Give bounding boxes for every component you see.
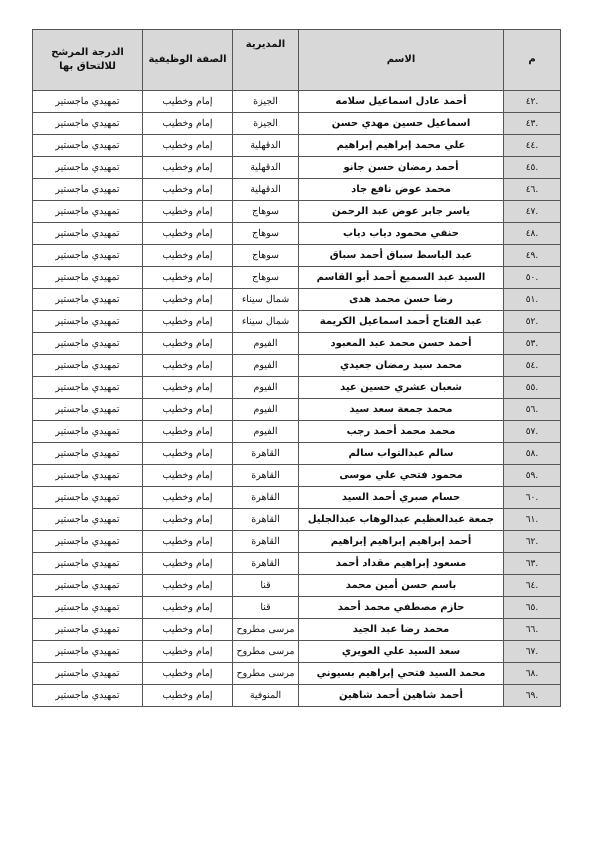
degree: تمهيدي ماجستير (33, 91, 143, 113)
table-row: .٥٤محمد سيد رمضان جعيديالفيومإمام وخطيبت… (33, 355, 561, 377)
directorate: سوهاج (233, 245, 299, 267)
header-directorate: المديرية (233, 30, 299, 91)
directorate: الدقهلية (233, 157, 299, 179)
job-title: إمام وخطيب (143, 157, 233, 179)
candidate-name: علي محمد إبراهيم إبراهيم (299, 135, 504, 157)
row-number: .٦٤ (504, 575, 561, 597)
directorate: الدقهلية (233, 135, 299, 157)
candidate-name: محمد جمعة سعد سيد (299, 399, 504, 421)
directorate: القاهرة (233, 531, 299, 553)
table-row: .٦٣مسعود إبراهيم مقداد أحمدالقاهرةإمام و… (33, 553, 561, 575)
job-title: إمام وخطيب (143, 355, 233, 377)
candidate-name: سعد السيد علي العويري (299, 641, 504, 663)
job-title: إمام وخطيب (143, 531, 233, 553)
row-number: .٥١ (504, 289, 561, 311)
table-row: .٦٠حسام صبري أحمد السيدالقاهرةإمام وخطيب… (33, 487, 561, 509)
degree: تمهيدي ماجستير (33, 619, 143, 641)
row-number: .٦٩ (504, 685, 561, 707)
candidate-name: عبد الباسط سباق أحمد سباق (299, 245, 504, 267)
table-row: .٥٣أحمد حسن محمد عبد المعبودالفيومإمام و… (33, 333, 561, 355)
row-number: .٤٢ (504, 91, 561, 113)
row-number: .٦٧ (504, 641, 561, 663)
table-row: .٥١رضا حسن محمد هدىشمال سيناءإمام وخطيبت… (33, 289, 561, 311)
candidate-name: شعبان عشري حسين عيد (299, 377, 504, 399)
degree: تمهيدي ماجستير (33, 399, 143, 421)
job-title: إمام وخطيب (143, 421, 233, 443)
directorate: سوهاج (233, 267, 299, 289)
directorate: القاهرة (233, 553, 299, 575)
candidate-name: جمعة عبدالعظيم عبدالوهاب عبدالجليل (299, 509, 504, 531)
row-number: .٤٤ (504, 135, 561, 157)
table-body: .٤٢أحمد عادل اسماعيل سلامهالجيزةإمام وخط… (33, 91, 561, 707)
header-job-title: الصفة الوظيفية (143, 30, 233, 91)
degree: تمهيدي ماجستير (33, 377, 143, 399)
row-number: .٥٩ (504, 465, 561, 487)
job-title: إمام وخطيب (143, 135, 233, 157)
candidate-name: السيد عبد السميع أحمد أبو القاسم (299, 267, 504, 289)
header-degree-line2: للالتحاق بها (33, 60, 142, 74)
job-title: إمام وخطيب (143, 267, 233, 289)
row-number: .٥٦ (504, 399, 561, 421)
table-row: .٤٦محمد عوض نافع جادالدقهليةإمام وخطيبتم… (33, 179, 561, 201)
row-number: .٥٥ (504, 377, 561, 399)
directorate: شمال سيناء (233, 311, 299, 333)
job-title: إمام وخطيب (143, 201, 233, 223)
table-row: .٤٧ياسر جابر عوض عبد الرحمنسوهاجإمام وخط… (33, 201, 561, 223)
row-number: .٥٣ (504, 333, 561, 355)
header-name: الاسم (299, 30, 504, 91)
table-row: .٦٦محمد رضا عبد الجيدمرسى مطروحإمام وخطي… (33, 619, 561, 641)
table-row: .٤٥أحمد رمضان حسن جانوالدقهليةإمام وخطيب… (33, 157, 561, 179)
row-number: .٤٥ (504, 157, 561, 179)
table-row: .٦٨محمد السيد فتحي إبراهيم بسيونيمرسى مط… (33, 663, 561, 685)
candidate-name: أحمد رمضان حسن جانو (299, 157, 504, 179)
job-title: إمام وخطيب (143, 641, 233, 663)
degree: تمهيدي ماجستير (33, 663, 143, 685)
job-title: إمام وخطيب (143, 245, 233, 267)
job-title: إمام وخطيب (143, 223, 233, 245)
candidate-name: رضا حسن محمد هدى (299, 289, 504, 311)
candidates-table: م الاسم المديرية الصفة الوظيفية الدرجة ا… (32, 29, 561, 707)
row-number: .٥٤ (504, 355, 561, 377)
job-title: إمام وخطيب (143, 619, 233, 641)
table-row: .٥٧محمد محمد أحمد رجبالفيومإمام وخطيبتمه… (33, 421, 561, 443)
table-header-row: م الاسم المديرية الصفة الوظيفية الدرجة ا… (33, 30, 561, 91)
directorate: قنا (233, 575, 299, 597)
row-number: .٦١ (504, 509, 561, 531)
table-row: .٥٢عبد الفتاح أحمد اسماعيل الكريمةشمال س… (33, 311, 561, 333)
row-number: .٤٨ (504, 223, 561, 245)
directorate: الفيوم (233, 399, 299, 421)
row-number: .٤٧ (504, 201, 561, 223)
row-number: .٦٢ (504, 531, 561, 553)
header-number: م (504, 30, 561, 91)
directorate: الفيوم (233, 421, 299, 443)
candidate-name: محمد السيد فتحي إبراهيم بسيوني (299, 663, 504, 685)
table-row: .٥٠السيد عبد السميع أحمد أبو القاسمسوهاج… (33, 267, 561, 289)
table-row: .٦٥حازم مصطفي محمد أحمدقناإمام وخطيبتمهي… (33, 597, 561, 619)
row-number: .٦٦ (504, 619, 561, 641)
candidate-name: سالم عبدالتواب سالم (299, 443, 504, 465)
degree: تمهيدي ماجستير (33, 289, 143, 311)
row-number: .٦٥ (504, 597, 561, 619)
table-row: .٥٩محمود فتحي علي موسىالقاهرةإمام وخطيبت… (33, 465, 561, 487)
degree: تمهيدي ماجستير (33, 113, 143, 135)
job-title: إمام وخطيب (143, 289, 233, 311)
candidate-name: حازم مصطفي محمد أحمد (299, 597, 504, 619)
job-title: إمام وخطيب (143, 663, 233, 685)
degree: تمهيدي ماجستير (33, 179, 143, 201)
candidate-name: أحمد شاهين أحمد شاهين (299, 685, 504, 707)
candidate-name: حنفي محمود دياب دياب (299, 223, 504, 245)
header-degree-line1: الدرجة المرشح (33, 46, 142, 60)
job-title: إمام وخطيب (143, 443, 233, 465)
degree: تمهيدي ماجستير (33, 135, 143, 157)
job-title: إمام وخطيب (143, 333, 233, 355)
table-row: .٦٧سعد السيد علي العويريمرسى مطروحإمام و… (33, 641, 561, 663)
candidate-name: محمد عوض نافع جاد (299, 179, 504, 201)
row-number: .٥٠ (504, 267, 561, 289)
degree: تمهيدي ماجستير (33, 245, 143, 267)
degree: تمهيدي ماجستير (33, 421, 143, 443)
job-title: إمام وخطيب (143, 597, 233, 619)
table-row: .٤٨حنفي محمود دياب ديابسوهاجإمام وخطيبتم… (33, 223, 561, 245)
degree: تمهيدي ماجستير (33, 509, 143, 531)
job-title: إمام وخطيب (143, 685, 233, 707)
directorate: الدقهلية (233, 179, 299, 201)
candidate-name: عبد الفتاح أحمد اسماعيل الكريمة (299, 311, 504, 333)
directorate: المنوفية (233, 685, 299, 707)
degree: تمهيدي ماجستير (33, 465, 143, 487)
candidate-name: أحمد إبراهيم إبراهيم إبراهيم (299, 531, 504, 553)
degree: تمهيدي ماجستير (33, 333, 143, 355)
job-title: إمام وخطيب (143, 553, 233, 575)
job-title: إمام وخطيب (143, 465, 233, 487)
candidate-name: اسماعيل حسين مهدي حسن (299, 113, 504, 135)
degree: تمهيدي ماجستير (33, 443, 143, 465)
directorate: شمال سيناء (233, 289, 299, 311)
job-title: إمام وخطيب (143, 509, 233, 531)
job-title: إمام وخطيب (143, 311, 233, 333)
row-number: .٦٨ (504, 663, 561, 685)
candidate-name: ياسر جابر عوض عبد الرحمن (299, 201, 504, 223)
job-title: إمام وخطيب (143, 575, 233, 597)
candidate-name: محمد رضا عبد الجيد (299, 619, 504, 641)
table-row: .٥٥شعبان عشري حسين عيدالفيومإمام وخطيبتم… (33, 377, 561, 399)
table-row: .٦٤باسم حسن أمين محمدقناإمام وخطيبتمهيدي… (33, 575, 561, 597)
degree: تمهيدي ماجستير (33, 267, 143, 289)
job-title: إمام وخطيب (143, 399, 233, 421)
table-row: .٤٤علي محمد إبراهيم إبراهيمالدقهليةإمام … (33, 135, 561, 157)
candidate-name: حسام صبري أحمد السيد (299, 487, 504, 509)
directorate: القاهرة (233, 465, 299, 487)
degree: تمهيدي ماجستير (33, 641, 143, 663)
directorate: الفيوم (233, 333, 299, 355)
degree: تمهيدي ماجستير (33, 553, 143, 575)
directorate: الفيوم (233, 377, 299, 399)
row-number: .٥٨ (504, 443, 561, 465)
candidate-name: مسعود إبراهيم مقداد أحمد (299, 553, 504, 575)
directorate: الجيزة (233, 91, 299, 113)
row-number: .٥٧ (504, 421, 561, 443)
degree: تمهيدي ماجستير (33, 685, 143, 707)
candidate-name: أحمد عادل اسماعيل سلامه (299, 91, 504, 113)
directorate: الفيوم (233, 355, 299, 377)
table-row: .٦٩أحمد شاهين أحمد شاهينالمنوفيةإمام وخط… (33, 685, 561, 707)
degree: تمهيدي ماجستير (33, 223, 143, 245)
table-row: .٤٩عبد الباسط سباق أحمد سباقسوهاجإمام وخ… (33, 245, 561, 267)
table-row: .٥٨سالم عبدالتواب سالمالقاهرةإمام وخطيبت… (33, 443, 561, 465)
degree: تمهيدي ماجستير (33, 201, 143, 223)
table-row: .٦٢أحمد إبراهيم إبراهيم إبراهيمالقاهرةإم… (33, 531, 561, 553)
table-row: .٤٢أحمد عادل اسماعيل سلامهالجيزةإمام وخط… (33, 91, 561, 113)
directorate: الجيزة (233, 113, 299, 135)
row-number: .٤٩ (504, 245, 561, 267)
directorate: القاهرة (233, 509, 299, 531)
directorate: مرسى مطروح (233, 641, 299, 663)
candidate-name: محمد محمد أحمد رجب (299, 421, 504, 443)
candidate-name: محمد سيد رمضان جعيدي (299, 355, 504, 377)
degree: تمهيدي ماجستير (33, 487, 143, 509)
table-row: .٥٦محمد جمعة سعد سيدالفيومإمام وخطيبتمهي… (33, 399, 561, 421)
job-title: إمام وخطيب (143, 113, 233, 135)
candidate-name: محمود فتحي علي موسى (299, 465, 504, 487)
table-row: .٤٣اسماعيل حسين مهدي حسنالجيزةإمام وخطيب… (33, 113, 561, 135)
degree: تمهيدي ماجستير (33, 597, 143, 619)
directorate: القاهرة (233, 443, 299, 465)
directorate: سوهاج (233, 223, 299, 245)
row-number: .٦٣ (504, 553, 561, 575)
degree: تمهيدي ماجستير (33, 157, 143, 179)
degree: تمهيدي ماجستير (33, 355, 143, 377)
row-number: .٥٢ (504, 311, 561, 333)
directorate: مرسى مطروح (233, 663, 299, 685)
directorate: سوهاج (233, 201, 299, 223)
candidate-name: أحمد حسن محمد عبد المعبود (299, 333, 504, 355)
job-title: إمام وخطيب (143, 91, 233, 113)
degree: تمهيدي ماجستير (33, 531, 143, 553)
table-row: .٦١جمعة عبدالعظيم عبدالوهاب عبدالجليلالق… (33, 509, 561, 531)
directorate: قنا (233, 597, 299, 619)
row-number: .٦٠ (504, 487, 561, 509)
job-title: إمام وخطيب (143, 487, 233, 509)
directorate: القاهرة (233, 487, 299, 509)
job-title: إمام وخطيب (143, 377, 233, 399)
row-number: .٤٦ (504, 179, 561, 201)
directorate: مرسى مطروح (233, 619, 299, 641)
row-number: .٤٣ (504, 113, 561, 135)
degree: تمهيدي ماجستير (33, 575, 143, 597)
header-degree: الدرجة المرشح للالتحاق بها (33, 30, 143, 91)
degree: تمهيدي ماجستير (33, 311, 143, 333)
candidate-name: باسم حسن أمين محمد (299, 575, 504, 597)
job-title: إمام وخطيب (143, 179, 233, 201)
